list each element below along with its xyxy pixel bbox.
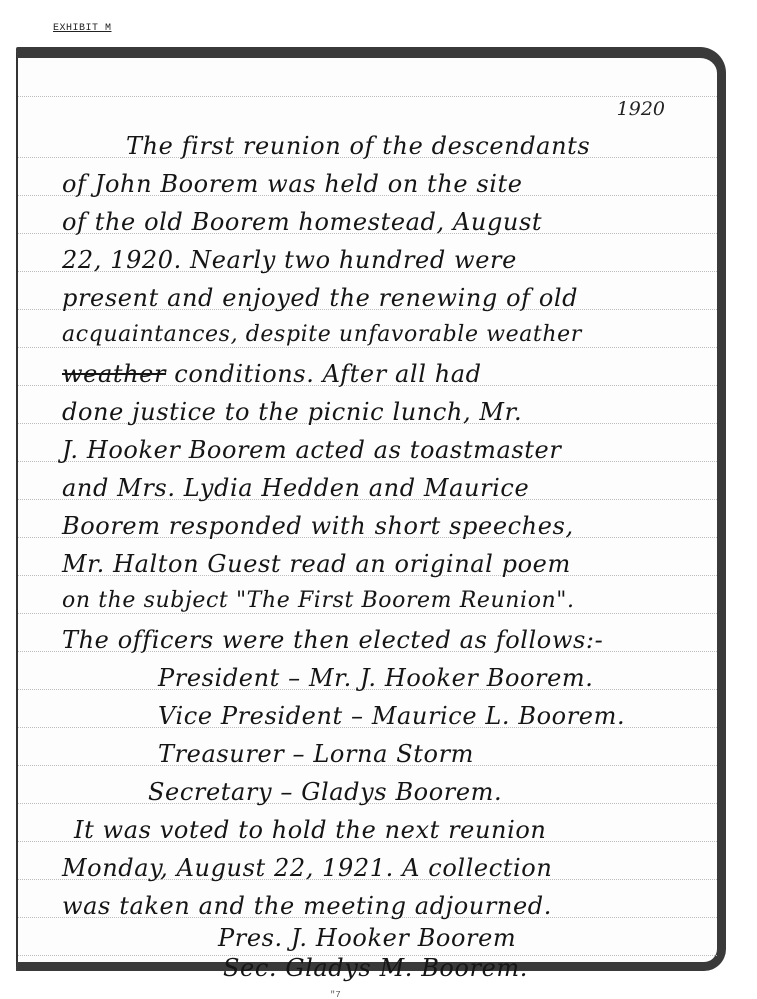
- page-year: 1920: [617, 98, 665, 120]
- officer-title: President: [158, 664, 280, 692]
- text-line: conditions. After all had: [174, 360, 481, 388]
- officer-title: Secretary: [148, 778, 272, 806]
- struck-word: weather: [62, 360, 166, 388]
- exhibit-label: EXHIBIT M: [53, 23, 112, 34]
- officer-title: Vice President: [158, 702, 343, 730]
- text-line: of John Boorem was held on the site: [62, 170, 523, 198]
- text-line-with-strike: weather conditions. After all had: [62, 360, 482, 388]
- signature-secretary: Sec. Gladys M. Boorem.: [223, 954, 528, 982]
- officer-name: Gladys Boorem.: [301, 778, 502, 806]
- officer-name: Maurice L. Boorem.: [372, 702, 625, 730]
- text-line: J. Hooker Boorem acted as toastmaster: [62, 436, 561, 464]
- signature-president: Pres. J. Hooker Boorem: [218, 924, 516, 952]
- text-line: of the old Boorem homestead, August: [62, 208, 542, 236]
- officer-name: Mr. J. Hooker Boorem.: [309, 664, 594, 692]
- officer-row: President – Mr. J. Hooker Boorem.: [158, 664, 594, 692]
- text-line: was taken and the meeting adjourned.: [62, 892, 552, 920]
- notebook-page: 1920 The first reunion of the descendant…: [16, 47, 726, 971]
- text-line: on the subject "The First Boorem Reunion…: [62, 588, 575, 613]
- officer-title: Treasurer: [158, 740, 284, 768]
- officer-row: Treasurer – Lorna Storm: [158, 740, 474, 768]
- text-line: present and enjoyed the renewing of old: [62, 284, 578, 312]
- text-line: Boorem responded with short speeches,: [62, 512, 574, 540]
- text-line: It was voted to hold the next reunion: [74, 816, 546, 844]
- ruled-line: [18, 347, 717, 348]
- ruled-line: [18, 613, 717, 614]
- ruled-line: [18, 96, 717, 97]
- text-line: The first reunion of the descendants: [126, 132, 590, 160]
- officer-row: Vice President – Maurice L. Boorem.: [158, 702, 625, 730]
- officer-name: Lorna Storm: [313, 740, 474, 768]
- text-line: 22, 1920. Nearly two hundred were: [62, 246, 517, 274]
- officer-row: Secretary – Gladys Boorem.: [148, 778, 502, 806]
- text-line: Monday, August 22, 1921. A collection: [62, 854, 552, 882]
- text-line: done justice to the picnic lunch, Mr.: [62, 398, 522, 426]
- text-line: and Mrs. Lydia Hedden and Maurice: [62, 474, 529, 502]
- text-line: acquaintances, despite unfavorable weath…: [62, 322, 582, 347]
- text-line: The officers were then elected as follow…: [62, 626, 603, 654]
- page-number: "7: [330, 990, 341, 999]
- text-line: Mr. Halton Guest read an original poem: [62, 550, 571, 578]
